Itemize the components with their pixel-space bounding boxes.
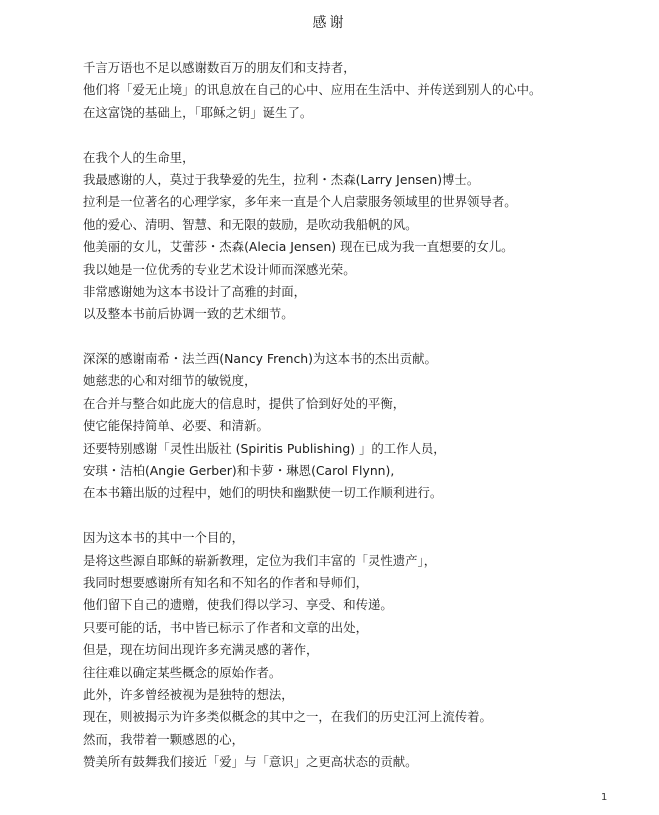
text-line: 使它能保持简单、必要、和清新。 [83, 415, 643, 437]
text-line: 在本书籍出版的过程中，她们的明快和幽默使一切工作顺利进行。 [83, 482, 643, 504]
text-line: 他的爱心、清明、智慧、和无限的鼓励，是吹动我船帆的风。 [83, 214, 643, 236]
text-line: 在这富饶的基础上，「耶稣之钥」诞生了。 [83, 102, 643, 124]
document-page: 感谢 千言万语也不足以感谢数百万的朋友们和支持者， 他们将「爱无止境」的讯息放在… [0, 0, 659, 815]
text-line: 现在，则被揭示为许多类似概念的其中之一，在我们的历史江河上流传着。 [83, 706, 643, 728]
text-line: 在合并与整合如此庞大的信息时，提供了恰到好处的平衡， [83, 393, 643, 415]
text-line: 我同时想要感谢所有知名和不知名的作者和导师们， [83, 572, 643, 594]
text-line: 他们将「爱无止境」的讯息放在自己的心中、应用在生活中、并传送到别人的心中。 [83, 79, 643, 101]
paragraph-editors: 深深的感谢南希・法兰西(Nancy French)为这本书的杰出贡献。 她慈悲的… [83, 348, 643, 505]
text-line: 我最感谢的人，莫过于我挚爱的先生，拉利・杰森(Larry Jensen)博士。 [83, 169, 643, 191]
text-line: 还要特别感谢「灵性出版社 (Spiritis Publishing) 」的工作人… [83, 438, 643, 460]
text-line: 赞美所有鼓舞我们接近「爱」与「意识」之更高状态的贡献。 [83, 751, 643, 773]
text-line: 因为这本书的其中一个目的， [83, 527, 643, 549]
text-line: 在我个人的生命里， [83, 147, 643, 169]
text-line: 此外，许多曾经被视为是独特的想法， [83, 684, 643, 706]
paragraph-personal: 在我个人的生命里， 我最感谢的人，莫过于我挚爱的先生，拉利・杰森(Larry J… [83, 147, 643, 326]
text-line: 往往难以确定某些概念的原始作者。 [83, 662, 643, 684]
text-line: 以及整本书前后协调一致的艺术细节。 [83, 303, 643, 325]
text-line: 安琪・洁柏(Angie Gerber)和卡萝・琳恩(Carol Flynn), [83, 460, 643, 482]
text-line: 深深的感谢南希・法兰西(Nancy French)为这本书的杰出贡献。 [83, 348, 643, 370]
text-line: 我以她是一位优秀的专业艺术设计师而深感光荣。 [83, 259, 643, 281]
text-line: 是将这些源自耶稣的崭新教理，定位为我们丰富的「灵性遗产」， [83, 550, 643, 572]
text-line: 她慈悲的心和对细节的敏锐度， [83, 370, 643, 392]
text-line: 拉利是一位著名的心理学家，多年来一直是个人启蒙服务领域里的世界领导者。 [83, 191, 643, 213]
page-number: 1 [601, 792, 607, 803]
document-body: 千言万语也不足以感谢数百万的朋友们和支持者， 他们将「爱无止境」的讯息放在自己的… [83, 57, 643, 796]
text-line: 他们留下自己的遗赠，使我们得以学习、享受、和传递。 [83, 594, 643, 616]
text-line: 他美丽的女儿，艾蕾莎・杰森(Alecia Jensen) 现在已成为我一直想要的… [83, 236, 643, 258]
paragraph-intro: 千言万语也不足以感谢数百万的朋友们和支持者， 他们将「爱无止境」的讯息放在自己的… [83, 57, 643, 124]
text-line: 非常感谢她为这本书设计了高雅的封面， [83, 281, 643, 303]
text-line: 然而，我带着一颗感恩的心， [83, 729, 643, 751]
text-line: 千言万语也不足以感谢数百万的朋友们和支持者， [83, 57, 643, 79]
text-line: 只要可能的话，书中皆已标示了作者和文章的出处， [83, 617, 643, 639]
page-title: 感谢 [0, 13, 659, 33]
text-line: 但是，现在坊间出现许多充满灵感的著作， [83, 639, 643, 661]
paragraph-authors: 因为这本书的其中一个目的， 是将这些源自耶稣的崭新教理，定位为我们丰富的「灵性遗… [83, 527, 643, 773]
